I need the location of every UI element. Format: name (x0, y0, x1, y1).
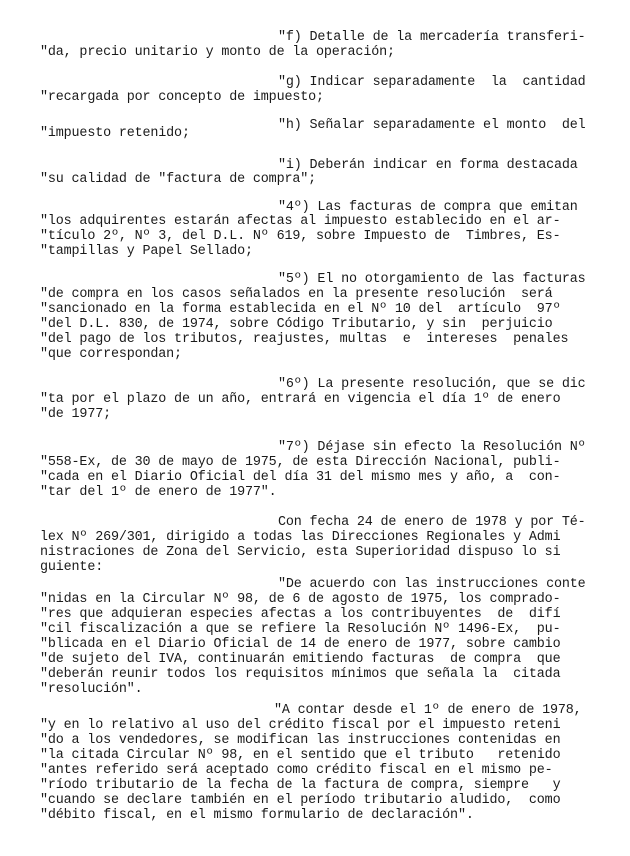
paragraph-7-line-1: "7º) Déjase sin efecto la Resolución Nº (278, 440, 586, 455)
paragraph-6-line-1: "6º) La presente resolución, que se dic (278, 377, 586, 392)
paragraph-f-line-2: "da, precio unitario y monto de la opera… (40, 45, 395, 60)
quote2-line-5: "antes referido será aceptado como crédi… (40, 763, 553, 778)
paragraph-i-line-2: "su calidad de "factura de compra"; (40, 172, 316, 187)
quote2-line-3: "do a los vendedores, se modifican las i… (40, 733, 560, 748)
paragraph-6-line-2: "ta por el plazo de un año, entrará en v… (40, 392, 560, 407)
quote1-line-6: "de sujeto del IVA, continuarán emitiend… (40, 652, 560, 667)
quote1-line-2: "nidas en la Circular Nº 98, de 6 de ago… (40, 592, 560, 607)
paragraph-6-line-3: "de 1977; (40, 407, 111, 422)
paragraph-h-line-1: "h) Señalar separadamente el monto del (278, 118, 586, 133)
paragraph-4-line-3: "tículo 2º, Nº 3, del D.L. Nº 619, sobre… (40, 229, 560, 244)
paragraph-7-line-4: "tar del 1º de enero de 1977". (40, 485, 277, 500)
quote2-line-6: "ríodo tributario de la fecha de la fact… (40, 778, 560, 793)
quote2-line-7: "cuando se declare también en el período… (40, 793, 560, 808)
telex-line-1: Con fecha 24 de enero de 1978 y por Té- (278, 515, 586, 530)
telex-line-3: nistraciones de Zona del Servicio, esta … (40, 545, 560, 560)
quote2-line-2: "y en lo relativo al uso del crédito fis… (40, 718, 560, 733)
quote1-line-1: "De acuerdo con las instrucciones conte (278, 577, 586, 592)
paragraph-i-line-1: "i) Deberán indicar en forma destacada (278, 158, 578, 173)
paragraph-5-line-3: "sancionado en la forma establecida en e… (40, 302, 560, 317)
paragraph-h-line-2: "impuesto retenido; (40, 126, 190, 141)
quote1-line-4: "cil fiscalización a que se refiere la R… (40, 622, 560, 637)
paragraph-f-line-1: "f) Detalle de la mercadería transferi- (278, 30, 586, 45)
quote1-line-8: "resolución". (40, 682, 143, 697)
telex-line-2: lex Nº 269/301, dirigido a todas las Dir… (40, 530, 560, 545)
paragraph-7-line-2: "558-Ex, de 30 de mayo de 1975, de esta … (40, 455, 560, 470)
paragraph-g-line-1: "g) Indicar separadamente la cantidad (278, 75, 586, 90)
paragraph-5-line-2: "de compra en los casos señalados en la … (40, 287, 553, 302)
paragraph-7-line-3: "cada en el Diario Oficial del día 31 de… (40, 470, 560, 485)
paragraph-4-line-1: "4º) Las facturas de compra que emitan (278, 200, 578, 215)
quote2-line-8: "débito fiscal, en el mismo formulario d… (40, 808, 474, 823)
quote1-line-3: "res que adquieran especies afectas a lo… (40, 607, 560, 622)
quote1-line-5: "blicada en el Diario Oficial de 14 de e… (40, 637, 560, 652)
quote2-line-1: "A contar desde el 1º de enero de 1978, (274, 703, 582, 718)
paragraph-5-line-6: "que correspondan; (40, 347, 182, 362)
paragraph-5-line-1: "5º) El no otorgamiento de las facturas (278, 272, 586, 287)
document-page: "f) Detalle de la mercadería transferi- … (0, 0, 630, 856)
paragraph-g-line-2: "recargada por concepto de impuesto; (40, 90, 324, 105)
paragraph-5-line-4: "del D.L. 830, de 1974, sobre Código Tri… (40, 317, 553, 332)
quote1-line-7: "deberán reunir todos los requisitos mín… (40, 667, 560, 682)
paragraph-4-line-2: "los adquirentes estarán afectas al impu… (40, 214, 560, 229)
paragraph-4-line-4: "tampillas y Papel Sellado; (40, 244, 253, 259)
paragraph-5-line-5: "del pago de los tributos, reajustes, mu… (40, 332, 568, 347)
quote2-line-4: "la citada Circular Nº 98, en el sentido… (40, 748, 560, 763)
telex-line-4: guiente: (40, 560, 103, 575)
